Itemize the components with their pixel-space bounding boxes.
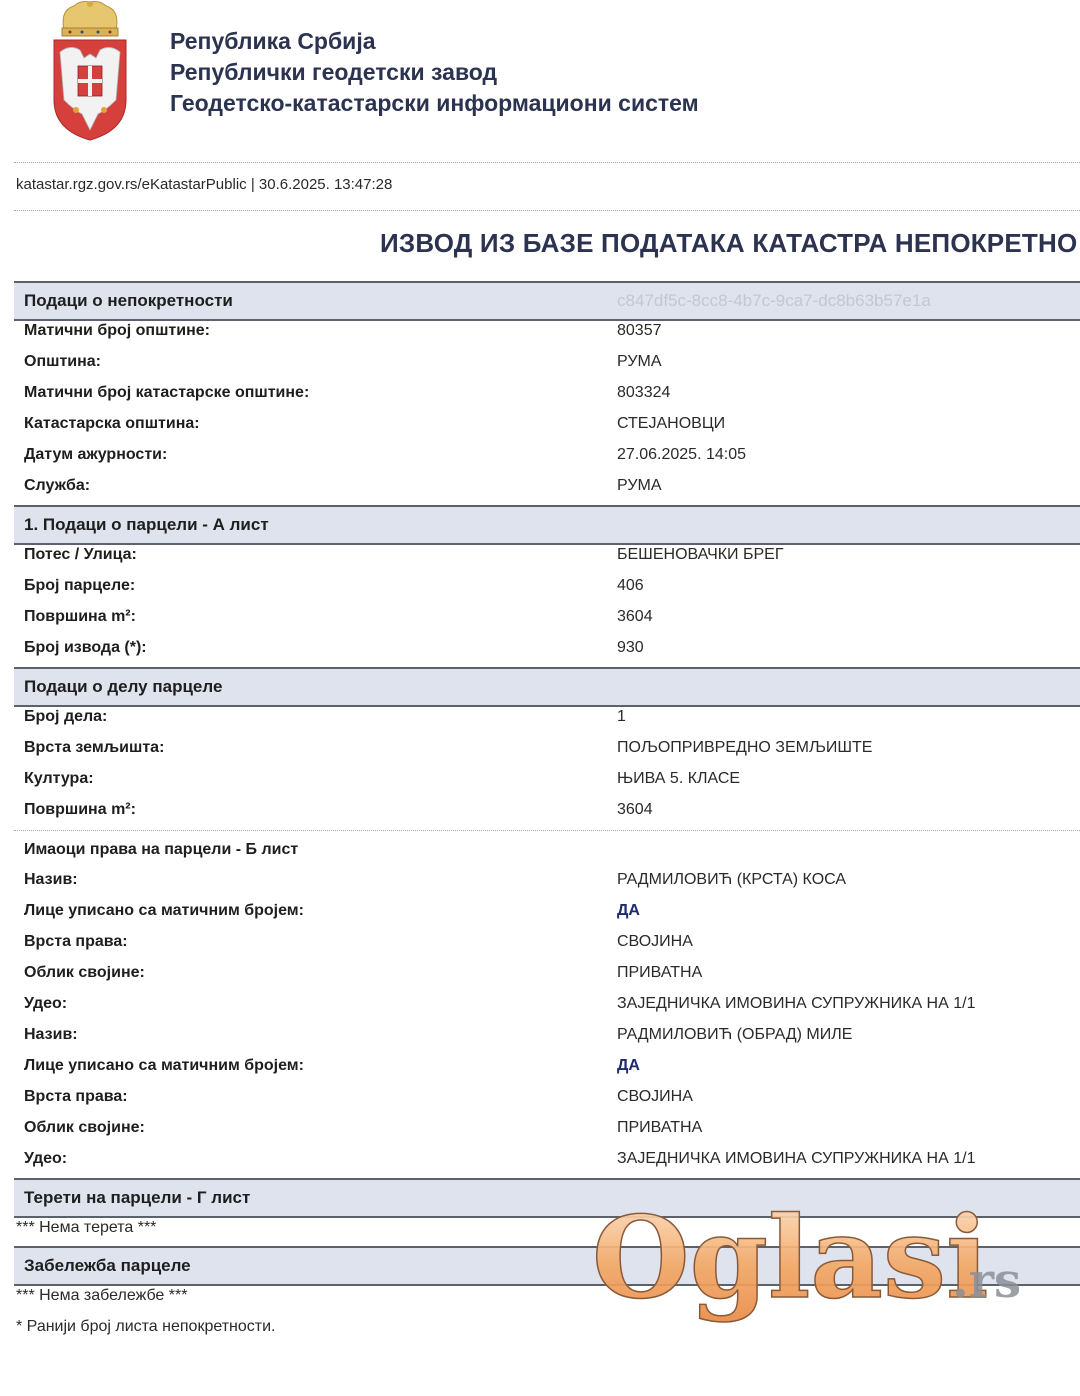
table-row: Број дела:1 — [14, 706, 1080, 737]
row-label: Облик својине: — [24, 962, 145, 984]
row-label: Катастарска општина: — [24, 413, 200, 435]
row-value: ДА — [617, 1055, 640, 1077]
row-label: Матични број катастарске општине: — [24, 382, 309, 404]
section-title: Подаци о непокретности — [24, 283, 233, 319]
table-row: Назив:РАДМИЛОВИЋ (ОБРАД) МИЛЕ — [14, 1024, 1080, 1055]
table-row: Потес / Улица:БЕШЕНОВАЧКИ БРЕГ — [14, 544, 1080, 575]
row-value: 3604 — [617, 606, 653, 628]
document-guid: c847df5c-8cc8-4b7c-9ca7-dc8b63b57e1a — [617, 283, 931, 319]
section-burdens: Терети на парцели - Г лист — [14, 1178, 1080, 1218]
table-row: Матични број катастарске општине:803324 — [14, 382, 1080, 413]
serbia-coat-of-arms-icon — [50, 0, 130, 142]
row-value: ПРИВАТНА — [617, 962, 702, 984]
table-row: Лице уписано са матичним бројем:ДА — [14, 900, 1080, 931]
row-value: СВОЈИНА — [617, 1086, 693, 1108]
table-row: Општина:РУМА — [14, 351, 1080, 382]
row-value: 27.06.2025. 14:05 — [617, 444, 746, 466]
row-label: Служба: — [24, 475, 90, 497]
table-row: Удео:ЗАЈЕДНИЧКА ИМОВИНА СУПРУЖНИКА НА 1/… — [14, 1148, 1080, 1179]
row-label: Назив: — [24, 1024, 78, 1046]
row-value: 80357 — [617, 320, 662, 342]
row-label: Назив: — [24, 869, 78, 891]
table-row: Катастарска општина:СТЕЈАНОВЦИ — [14, 413, 1080, 444]
row-label: Удео: — [24, 993, 67, 1015]
institution-line-republic: Република Србија — [170, 26, 699, 57]
document-page: Република Србија Републички геодетски за… — [0, 0, 1080, 1396]
row-value: РУМА — [617, 475, 661, 497]
table-row: Служба:РУМА — [14, 475, 1080, 506]
row-label: Потес / Улица: — [24, 544, 137, 566]
row-label: Површина m²: — [24, 606, 136, 628]
row-value: 1 — [617, 706, 626, 728]
divider — [14, 162, 1080, 163]
table-row: Врста права:СВОЈИНА — [14, 1086, 1080, 1117]
table-row: Лице уписано са матичним бројем:ДА — [14, 1055, 1080, 1086]
table-row: Врста земљишта:ПОЉОПРИВРЕДНО ЗЕМЉИШТЕ — [14, 737, 1080, 768]
row-value: 3604 — [617, 799, 653, 821]
row-label: Број дела: — [24, 706, 107, 728]
row-value: БЕШЕНОВАЧКИ БРЕГ — [617, 544, 784, 566]
header: Република Србија Републички геодетски за… — [0, 0, 1080, 150]
row-value: 930 — [617, 637, 644, 659]
table-row: Облик својине:ПРИВАТНА — [14, 962, 1080, 993]
row-value: РАДМИЛОВИЋ (КРСТА) КОСА — [617, 869, 846, 891]
row-label: Врста права: — [24, 931, 128, 953]
notes-empty-text: *** Нема забележбе *** — [16, 1285, 187, 1307]
source-url-timestamp: katastar.rgz.gov.rs/eKatastarPublic | 30… — [16, 176, 392, 193]
section-property: Подаци о непокретности c847df5c-8cc8-4b7… — [14, 281, 1080, 321]
row-value: 803324 — [617, 382, 670, 404]
row-value: 406 — [617, 575, 644, 597]
row-label: Број парцеле: — [24, 575, 135, 597]
table-row: Површина m²:3604 — [14, 606, 1080, 637]
table-row: Број извода (*):930 — [14, 637, 1080, 668]
section-title: Терети на парцели - Г лист — [24, 1180, 250, 1216]
row-value: ДА — [617, 900, 640, 922]
row-value: ЗАЈЕДНИЧКА ИМОВИНА СУПРУЖНИКА НА 1/1 — [617, 1148, 975, 1170]
section-notes: Забележба парцеле — [14, 1246, 1080, 1286]
row-value: ЊИВА 5. КЛАСЕ — [617, 768, 740, 790]
row-label: Лице уписано са матичним бројем: — [24, 900, 304, 922]
row-label: Општина: — [24, 351, 101, 373]
row-value: СТЕЈАНОВЦИ — [617, 413, 725, 435]
section-title: Подаци о делу парцеле — [24, 669, 222, 705]
row-label: Матични број општине: — [24, 320, 210, 342]
row-value: ПОЉОПРИВРЕДНО ЗЕМЉИШТЕ — [617, 737, 872, 759]
table-row: Облик својине:ПРИВАТНА — [14, 1117, 1080, 1148]
section-title: Имаоци права на парцели - Б лист — [24, 839, 298, 861]
row-label: Врста земљишта: — [24, 737, 164, 759]
table-row: Култура:ЊИВА 5. КЛАСЕ — [14, 768, 1080, 799]
row-label: Број извода (*): — [24, 637, 147, 659]
institution-block: Република Србија Републички геодетски за… — [170, 26, 699, 119]
table-row: Површина m²:3604 — [14, 799, 1080, 830]
row-value: СВОЈИНА — [617, 931, 693, 953]
row-label: Површина m²: — [24, 799, 136, 821]
section-owners: Имаоци права на парцели - Б лист — [14, 830, 1080, 860]
row-label: Датум ажурности: — [24, 444, 167, 466]
row-label: Култура: — [24, 768, 94, 790]
footnote: * Ранији број листа непокретности. — [16, 1316, 275, 1338]
institution-line-system: Геодетско-катастарски информациони систе… — [170, 88, 699, 119]
row-label: Облик својине: — [24, 1117, 145, 1139]
row-value: ПРИВАТНА — [617, 1117, 702, 1139]
row-label: Удео: — [24, 1148, 67, 1170]
table-row: Број парцеле:406 — [14, 575, 1080, 606]
table-row: Врста права:СВОЈИНА — [14, 931, 1080, 962]
document-title: ИЗВОД ИЗ БАЗЕ ПОДАТАКА КАТАСТРА НЕПОКРЕТ… — [380, 228, 1077, 259]
row-value: РУМА — [617, 351, 661, 373]
row-value: РАДМИЛОВИЋ (ОБРАД) МИЛЕ — [617, 1024, 852, 1046]
table-row: Датум ажурности:27.06.2025. 14:05 — [14, 444, 1080, 475]
table-row: Удео:ЗАЈЕДНИЧКА ИМОВИНА СУПРУЖНИКА НА 1/… — [14, 993, 1080, 1024]
row-value: ЗАЈЕДНИЧКА ИМОВИНА СУПРУЖНИКА НА 1/1 — [617, 993, 975, 1015]
row-label: Врста права: — [24, 1086, 128, 1108]
burdens-empty-text: *** Нема терета *** — [16, 1217, 156, 1239]
institution-line-agency: Републички геодетски завод — [170, 57, 699, 88]
section-title: Забележба парцеле — [24, 1248, 191, 1284]
divider — [14, 210, 1080, 211]
section-parcel-part: Подаци о делу парцеле — [14, 667, 1080, 707]
row-label: Лице уписано са матичним бројем: — [24, 1055, 304, 1077]
table-row: Матични број општине:80357 — [14, 320, 1080, 351]
table-row: Назив:РАДМИЛОВИЋ (КРСТА) КОСА — [14, 869, 1080, 900]
section-parcel: 1. Подаци о парцели - А лист — [14, 505, 1080, 545]
section-title: 1. Подаци о парцели - А лист — [24, 507, 269, 543]
